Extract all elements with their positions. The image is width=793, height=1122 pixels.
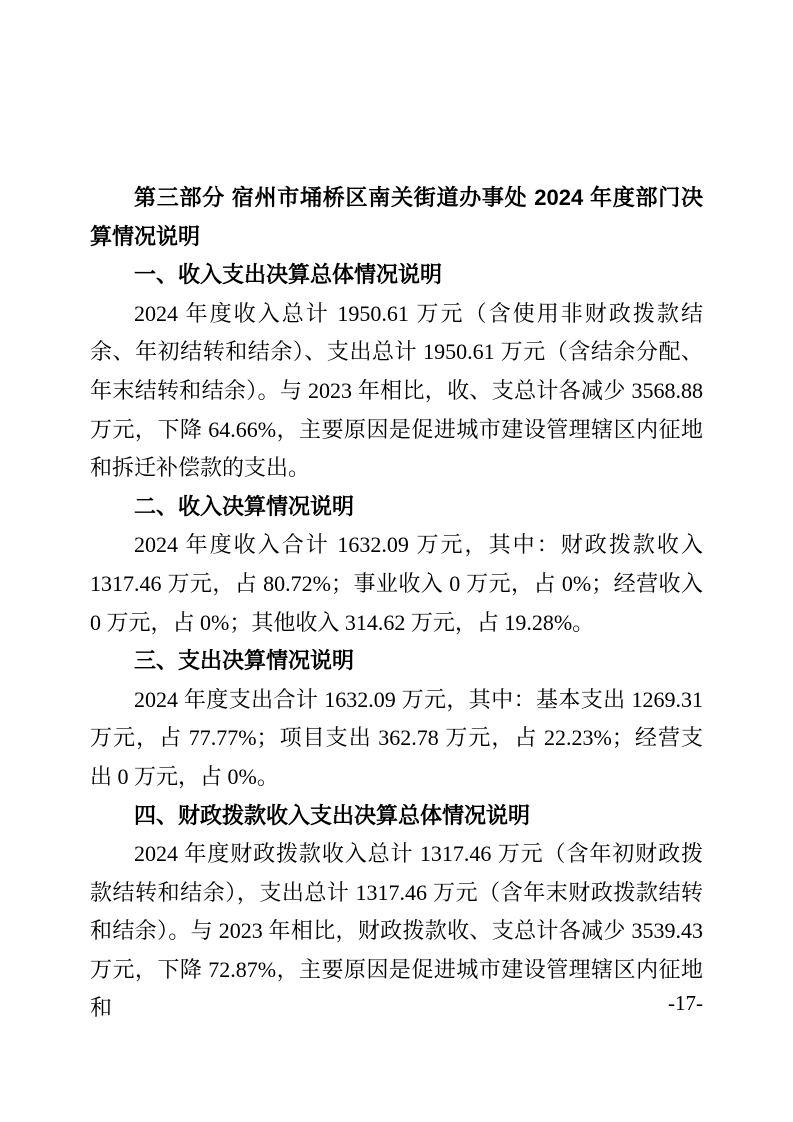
- section-paragraph-2: 2024 年度收入合计 1632.09 万元，其中：财政拨款收入 1317.46…: [90, 526, 703, 642]
- section-paragraph-1: 2024 年度收入总计 1950.61 万元（含使用非财政拨款结余、年初结转和结…: [90, 295, 703, 488]
- section-heading-4: 四、财政拨款收入支出决算总体情况说明: [90, 797, 703, 836]
- page-number: -17-: [668, 991, 703, 1015]
- section-heading-2: 二、收入决算情况说明: [90, 488, 703, 527]
- document-page: 第三部分 宿州市埇桥区南关街道办事处 2024 年度部门决算情况说明 一、收入支…: [0, 0, 793, 1122]
- section-paragraph-4: 2024 年度财政拨款收入总计 1317.46 万元（含年初财政拨款结转和结余）…: [90, 835, 703, 1028]
- section-fiscal-appropriation-overview: 四、财政拨款收入支出决算总体情况说明 2024 年度财政拨款收入总计 1317.…: [90, 797, 703, 1029]
- document-title: 第三部分 宿州市埇桥区南关街道办事处 2024 年度部门决算情况说明: [90, 179, 703, 256]
- section-expenditure-details: 三、支出决算情况说明 2024 年度支出合计 1632.09 万元，其中：基本支…: [90, 642, 703, 796]
- section-income-details: 二、收入决算情况说明 2024 年度收入合计 1632.09 万元，其中：财政拨…: [90, 488, 703, 642]
- section-heading-1: 一、收入支出决算总体情况说明: [90, 256, 703, 295]
- section-paragraph-3: 2024 年度支出合计 1632.09 万元，其中：基本支出 1269.31 万…: [90, 681, 703, 797]
- document-content: 第三部分 宿州市埇桥区南关街道办事处 2024 年度部门决算情况说明 一、收入支…: [90, 179, 703, 1028]
- section-heading-3: 三、支出决算情况说明: [90, 642, 703, 681]
- section-income-expenditure-overview: 一、收入支出决算总体情况说明 2024 年度收入总计 1950.61 万元（含使…: [90, 256, 703, 488]
